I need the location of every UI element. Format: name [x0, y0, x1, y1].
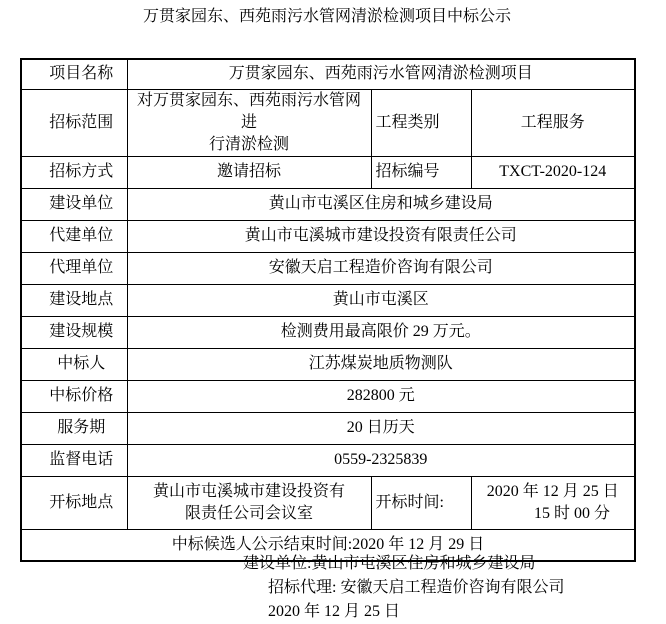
field-label: 代理单位: [21, 252, 127, 284]
table-row-agency-unit: 代理单位 安徽天启工程造价咨询有限公司: [21, 252, 635, 284]
table-row-project-name: 项目名称 万贯家园东、西苑雨污水管网清淤检测项目: [21, 59, 635, 89]
field-value: 对万贯家园东、西苑雨污水管网进 行清淤检测: [127, 89, 371, 156]
field-value: 黄山市屯溪城市建设投资有 限责任公司会议室: [127, 476, 371, 529]
table-row-agent-construction-unit: 代建单位 黄山市屯溪城市建设投资有限责任公司: [21, 220, 635, 252]
field-label: 服务期: [21, 412, 127, 444]
footer-construction-unit: 建设单位:黄山市屯溪区住房和城乡建设局: [0, 552, 666, 576]
table-row-location: 建设地点 黄山市屯溪区: [21, 284, 635, 316]
field-value: 2020 年 12 月 25 日 15 时 00 分: [471, 476, 635, 529]
signature-block: 建设单位:黄山市屯溪区住房和城乡建设局 招标代理: 安徽天启工程造价咨询有限公司…: [0, 552, 666, 624]
table-row-bid-opening: 开标地点 黄山市屯溪城市建设投资有 限责任公司会议室 开标时间: 2020 年 …: [21, 476, 635, 529]
field-value: 邀请招标: [127, 156, 371, 188]
field-value: 黄山市屯溪区住房和城乡建设局: [127, 188, 635, 220]
table-row-bid-scope: 招标范围 对万贯家园东、西苑雨污水管网进 行清淤检测 工程类别 工程服务: [21, 89, 635, 156]
field-value: 0559-2325839: [127, 444, 635, 476]
field-label: 项目名称: [21, 59, 127, 89]
page-title: 万贯家园东、西苑雨污水管网清淤检测项目中标公示: [20, 7, 634, 27]
field-label: 工程类别: [371, 89, 471, 156]
field-value: TXCT-2020-124: [471, 156, 635, 188]
bid-opening-date: 2020 年 12 月 25 日: [474, 481, 633, 503]
field-value: 282800 元: [127, 380, 635, 412]
field-label: 代建单位: [21, 220, 127, 252]
field-label: 监督电话: [21, 444, 127, 476]
footer-bidding-agency: 招标代理: 安徽天启工程造价咨询有限公司: [0, 576, 666, 600]
field-value: 黄山市屯溪区: [127, 284, 635, 316]
announcement-table: 项目名称 万贯家园东、西苑雨污水管网清淤检测项目 招标范围 对万贯家园东、西苑雨…: [20, 58, 636, 562]
field-label: 招标范围: [21, 89, 127, 156]
field-label: 开标时间:: [371, 476, 471, 529]
field-label: 开标地点: [21, 476, 127, 529]
field-value: 黄山市屯溪城市建设投资有限责任公司: [127, 220, 635, 252]
field-value: 检测费用最高限价 29 万元。: [127, 316, 635, 348]
field-label: 招标方式: [21, 156, 127, 188]
field-value: 20 日历天: [127, 412, 635, 444]
field-label: 建设单位: [21, 188, 127, 220]
field-label: 中标人: [21, 348, 127, 380]
field-value: 安徽天启工程造价咨询有限公司: [127, 252, 635, 284]
table-row-supervision-phone: 监督电话 0559-2325839: [21, 444, 635, 476]
field-value: 工程服务: [471, 89, 635, 156]
field-label: 中标价格: [21, 380, 127, 412]
field-value: 万贯家园东、西苑雨污水管网清淤检测项目: [127, 59, 635, 89]
table-row-construction-unit: 建设单位 黄山市屯溪区住房和城乡建设局: [21, 188, 635, 220]
footer-date: 2020 年 12 月 25 日: [0, 600, 666, 624]
field-label: 建设规模: [21, 316, 127, 348]
field-label: 建设地点: [21, 284, 127, 316]
table-row-winner: 中标人 江苏煤炭地质物测队: [21, 348, 635, 380]
field-value: 江苏煤炭地质物测队: [127, 348, 635, 380]
table-row-winning-price: 中标价格 282800 元: [21, 380, 635, 412]
bid-opening-time: 15 时 00 分: [474, 503, 633, 525]
field-label: 招标编号: [371, 156, 471, 188]
table-row-scale: 建设规模 检测费用最高限价 29 万元。: [21, 316, 635, 348]
table-row-service-period: 服务期 20 日历天: [21, 412, 635, 444]
table-row-bid-method: 招标方式 邀请招标 招标编号 TXCT-2020-124: [21, 156, 635, 188]
